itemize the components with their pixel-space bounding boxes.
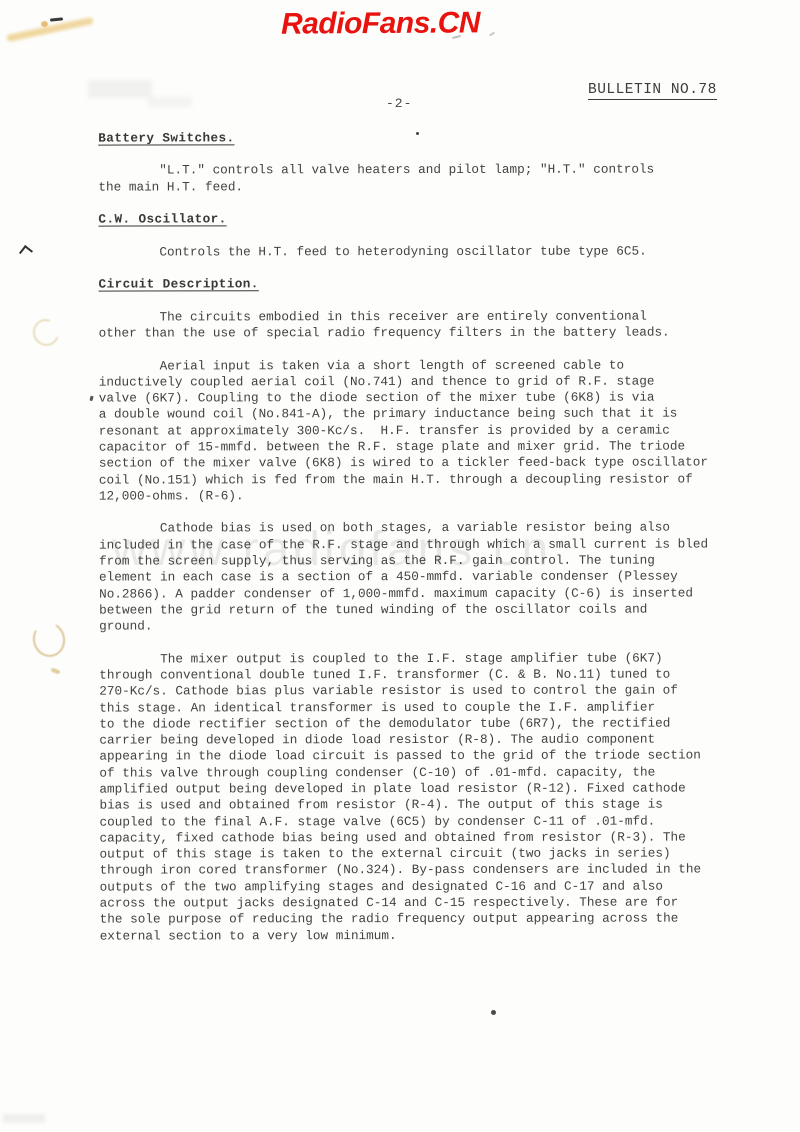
paper-stain-smudge (6, 17, 94, 42)
stray-comma-mark (89, 396, 93, 402)
pencil-tick-mark (489, 32, 495, 37)
ghost-text-smudge (148, 97, 192, 107)
stain-ring (29, 315, 64, 350)
section-heading-circuit-description: Circuit Description. (99, 276, 747, 293)
paragraph-circuit-intro: The circuits embodied in this receiver a… (99, 308, 747, 342)
scanned-bulletin-page: www.radiofans.cn RadioFans.CN BULLETIN N… (0, 0, 800, 1132)
paper-stain-dash (51, 667, 61, 674)
stain-ring (29, 618, 69, 660)
bulletin-number: BULLETIN NO.78 (588, 82, 717, 100)
ink-dash-mark (50, 17, 63, 21)
paragraph-mixer-output: The mixer output is coupled to the I.F. … (99, 650, 748, 944)
ink-dot (491, 1010, 496, 1015)
ghost-text-smudge (88, 80, 152, 98)
paragraph-cw-oscillator: Controls the H.T. feed to heterodyning o… (98, 243, 746, 260)
margin-caret-mark (19, 245, 33, 259)
paragraph-cathode-bias: Cathode bias is used on both stages, a v… (99, 520, 747, 635)
radiofans-header-watermark: RadioFans.CN (281, 6, 480, 41)
paper-stain-dot (41, 21, 48, 27)
page-number: -2- (386, 96, 412, 111)
scan-edge-smudge (3, 1114, 45, 1123)
document-body: Battery Switches. "L.T." controls all va… (98, 129, 747, 960)
paragraph-battery-switches: "L.T." controls all valve heaters and pi… (98, 162, 746, 196)
paragraph-aerial-input: Aerial input is taken via a short length… (99, 357, 747, 505)
section-heading-cw-oscillator: C.W. Oscillator. (98, 211, 746, 228)
section-heading-battery-switches: Battery Switches. (98, 129, 746, 146)
